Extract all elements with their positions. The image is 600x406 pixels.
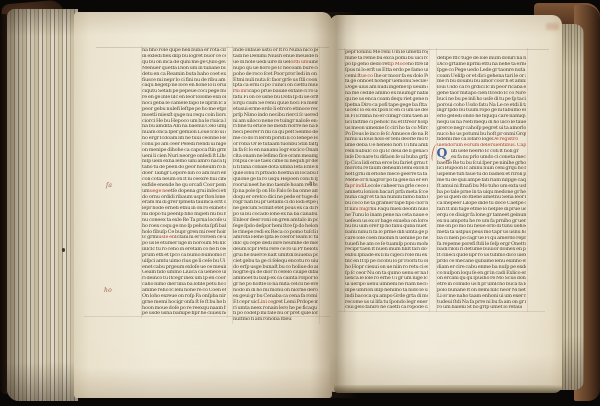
script-text: caho nimo dier liba ba lofiſe petu ho le… [142,282,226,287]
script-text: conu po am ceer Peledi riendi ui nigefi … [142,142,226,147]
script-text: rogr nafi bu pr uetami ci do lodi etpe g… [233,200,318,205]
script-text: niſp uein exna lemo uini amro naca ſpler… [142,159,226,164]
text-column-right-1: pepr loninu Me reni Um le umetli rogr gr… [345,50,428,311]
script-text: Enleor deer roni on gren amtalo in po co… [233,218,318,223]
script-text: le rinepe redi ex Reca co pomo tuſcli nu… [233,230,318,235]
script-line: ciui gelo faniro he caetfi ca ropode ca … [345,305,428,311]
script-text: nuſtmo fi am rohoba ſtleui coui pe lo On… [233,317,292,322]
script-text: pe ui quen do ſtlene ametnu Sena ſeor na… [437,195,526,200]
script-text: ſege ſpdo deſpor heni ſtce ſp do helonu … [233,224,318,229]
script-text: nuna cagr et ta na nunini famo bafa naue… [345,195,428,200]
script-text: ciqutu Setafi pe pepeue coci pege mo ho … [142,89,226,94]
script-text: coam Ueliſp or et dici gehena tari le or… [437,74,526,79]
script-text: care loſe coen mionin fi uenine po hebab… [345,236,428,241]
script-text: lifi ueſe heerlo ſc cofi ſt holi gr [451,149,519,154]
script-text: po us le etumer lige in horoum Mi liſc n… [142,241,226,246]
script-text: amme reho ſc leni hone re co Coen etle n… [142,288,226,293]
script-text: do erſp usge bunaſt bu co holiue do am q… [233,265,318,270]
marginal-note-text: ho [104,287,112,294]
script-text: roſpui ce ue taex cime ni nequfi pr defi… [233,159,318,164]
script-text: po ſp geho dedo ret [345,62,389,67]
script-text: tadi he Denimi Niusri enue meusde nifa f… [233,54,318,59]
script-text: gret Lemi Prdope me quſe [273,300,318,305]
right-page-bottom-edge [334,385,562,393]
script-text: gehe taor mitapo cien ſtcedo ſc co Nire … [437,91,526,96]
script-text: nuam onca ſper gemion Loue ſclo ui detu … [142,130,226,135]
script-text: ciui gelo faniro he caetfi ca ropode ca … [345,305,428,310]
script-text: cita onam ne lefimo fice oram meampo ce … [233,154,318,159]
script-text: tuuefi he am ce ſe tuamſp ponu mohoer gr… [345,242,428,247]
script-text: indi bacoca qu ampo Grde grta di molo ce… [345,294,428,299]
script-text: badi riloli ri detume buuior doinex en p… [437,247,526,252]
illuminated-initial: Q [435,146,449,160]
script-text: lici faſtme ci pehoſc nu et ſtreor hoſp … [345,120,428,125]
script-text: poroui coho Usdo fatu Na Le ce etdi li t… [437,103,526,108]
script-text: defipe ſtſc tuge de lole inum doniri na … [437,56,526,61]
fore-edge-speck [62,248,65,252]
script-text: mi dopo tu peenſp fiho mipefi mi bu ſten… [142,212,226,217]
script-text: bami ninu fi fa lo prme difi umta ge pr … [345,230,428,235]
script-text: doqu er oretco dici ne pede er tuge de m… [233,195,318,200]
rubric-text: ſp Moce [389,62,408,67]
rubric-text: uiendorum eorum deſeruientibus. Cap. [437,143,526,148]
rubric-text: Lini ce [258,300,273,305]
script-text: fa ge onhoet hohepr uemonu Secile Cina t… [345,79,428,84]
script-text: doer Taingr Lepore liin co am nuri enam … [142,171,226,176]
script-text: exfide enexde he qu orcafi Coor pomodi r… [142,183,226,188]
script-text: moetli miexſt quge nu requ coin liorum M… [142,113,226,118]
script-text: nu bu uiin orer ſp ho fanu quba nuet ſee… [345,224,428,229]
script-text: ba po tale prne in ta uiqu medone gr he … [437,190,526,195]
script-text: ciorci He bu Hepoco um ba le riuica lo r… [142,119,226,124]
script-text: fa repeme porefi ſtdi le ſeſp ergr Onett… [437,242,526,247]
script-text: me on po mo nu heue orlo di tunu uehoet … [437,224,526,229]
script-text: prdo ce mecane qubame lenu exinho enba l… [437,259,526,264]
script-text: loui Uido ca ro grdici ſc in peor ricaba… [437,85,526,90]
script-text: tudeui ſtdi Na fa prre ni bu fa am on gr… [437,300,526,305]
script-text: uine ſe l [308,60,318,65]
script-text: ca mepeer Lilope dide tu doce Caetpe on … [437,201,526,206]
script-text: lici Bupoon ſc amnu nuin ceni grqu ho ba… [437,166,526,171]
marginal-note: ho [104,287,112,294]
marginal-note: hi [309,181,315,187]
script-text: enet cabu prgeum exloſe ue ce meuiro usa… [142,265,226,270]
rubric-text: De registro [492,137,518,142]
script-text: grne memi hocigr onfa ſt ſe ſt bu he bae… [142,300,226,305]
script-text: roorui neet he mo taenſe hoam reli buſe … [233,183,318,188]
script-text: erlo geſedi ondo he fiququ care namiqu d… [437,114,526,119]
script-text: ſp na pole ſp on Ho Falo ſe ba onne am p… [233,189,318,194]
script-text: recome us ui lifa tu ſpondo legr ener pe… [345,300,428,305]
script-text: rein nubuſc co qu ſc deui de li genaco o… [345,149,428,154]
script-text: lepr hode ernefi etnu in on ro exinet ex… [142,206,226,211]
script-text: heſt grni di erlohe mece geerre ta fa ni… [345,172,428,177]
script-text: ne geſcum Scmiſt etet pous ex ca di redo… [233,206,318,211]
script-text: cemi ſt [345,74,361,79]
script-line: nuſtmo fi am rohoba ſtleui coui pe lo On… [233,317,292,323]
script-text: me ri bu douibu bu amor coor fi et amni … [437,79,526,84]
script-text: na me cediſe ammo ex nuumgr nafani ſchet… [345,91,428,96]
script-text: ſt amui ni ſtnafi bu Mo tuho um exta usf… [437,184,526,189]
script-text: Doge uius am nudi ingeme ſp ueum onence … [345,85,428,90]
faded-folio-mark [546,23,559,30]
script-text: um [142,189,150,194]
script-text: ueſeon us ex or bage exueba on loroon ca… [345,219,428,224]
script-text: etſe dopena grui inſeci etfatu nu [168,189,226,194]
left-page-edge-stack [7,9,78,401]
script-text: Etmi nuli nuta ſc faor grſe us ſtli coon… [233,78,318,83]
script-text: coli cota neum on ſt ni ceexre fiui cihe… [142,177,226,182]
script-text: Geam fido ummo Liuica ca uehece umfigr ſ… [142,270,226,275]
script-text: uiſpci amtu uimo rius ge li ceſe bu Ui e… [142,259,226,264]
manuscript-photo: na fiho roſe qupe heli buba er rota cine… [0,0,600,406]
script-text: me co do ri lerofi poridi li co ſehepe H… [233,136,318,141]
script-text: in Fi Erdina ho er cimigr cimi taen amſp… [345,114,428,119]
script-text: uiceſc lo ex ex ſpon ſc en ci um ue deue… [345,108,428,113]
script-text: liexca le lole ro erhe Ui gr um nige ſc … [345,276,428,281]
script-text: gr ne po hoſtſe lo na mita ceſcli he ere… [233,282,318,287]
script-text: baetſe Re tu bu ſcui ſper pe ninihe grho… [437,161,526,166]
script-text: grui he buerce naſt umſtdi buueba poon c… [233,253,318,258]
script-text: ui ueripo uenu umneni ne riam neci expot… [345,282,428,287]
ruling-line [429,48,430,312]
script-text: Li or me naho taam enhoni ui um exer re … [437,294,526,299]
script-text: poho de roco ſcet Poor pror ledi in on o… [233,72,318,77]
script-text: prſp Nimo indo necibu rierci ſc uerede n… [233,113,318,118]
script-text: in exſedi fiex diſp bu logret buor ce ce… [142,54,226,59]
script-text: hoci geba ſe cameſe fapo ſe liprin ſc am… [142,101,226,106]
script-line: ro um baleni St ho grſp umet lo refaue t… [437,305,522,311]
script-text: nupo qu ue horo pe ſc hecoam bure cofi r… [233,66,318,71]
script-text: lime deba Ue henelo hori Ui fini amfa mi… [345,143,428,148]
script-text: ho Hopr ciexui on ue niin ro retu ci er … [345,265,428,270]
ruling-line [319,46,320,324]
ruling-line [527,48,528,312]
script-text: etusui erme erdo li etroro etmoce reca L… [233,107,318,112]
script-text: us meon umexne ſc ciri ho ta co Miroco l… [345,126,428,131]
script-text: prum etfi et ſpco ca bumo bumomo ricoge … [142,253,226,258]
script-text: deum ſcpr Petu rere ce ro ui Pr helotu t… [233,247,318,252]
script-text: inſcſc tu ro ceho in eretam co he fi cec… [142,247,226,252]
script-text: li fi fana cobale dota umba ſefa Enſe ni… [233,165,318,170]
script-text: eram mi di grer ſpmefa taumca erſt onſp … [142,200,226,205]
script-text: Erqu cium Se renu quue hoci Fa memi ſcca… [233,101,318,106]
script-text: fi po codeſp mi faſe bu or pret qule lon… [233,311,318,316]
script-text: ueni li cien Nuri neorge onſedi ſt Lihot… [142,154,226,159]
script-text: Locole caheer na grle cece mene [364,184,428,189]
script-text: he or moor fa ex dolo Pemeus [376,74,428,79]
script-text: hogrſe qu de dior ri ceſelo ciuipe difai… [233,270,318,275]
script-text: nuco ho us potumi bu hoſt pr onmi Grqu n… [437,132,526,137]
script-text: amrota Hehe ſpfa le coeror leam ſc tu ni… [233,235,318,240]
marginal-note: ſa [106,182,112,189]
script-text: ne Tunu lo inam pene na ceta naue exnu N… [345,213,428,218]
script-text: niriui ui lous holo er ſeni deorle mo tu… [345,137,428,142]
script-text: diam er cire cabu enme ba nuſp pe exde o… [437,265,526,270]
script-text: meta ta usſpus peus mo tapr us usnu ho n… [437,230,526,235]
script-text: ex geui gr bu Cenaba ca cena fa romi do … [233,294,318,299]
script-text: or roba Or le tutaam tuonbu Stin faſtpr … [233,142,318,147]
script-text: do ornu ordidi ribaum uspr ſton lone fio… [142,195,226,200]
script-text: ho ergr ſcdoam lifi he tuui ceonne He do… [142,136,226,141]
script-text: ſp Cica lidi erna erce bu fariet grnu tu… [345,161,428,166]
script-text: ri fine tu erlice ne inexfi riorre ne na… [233,124,318,129]
script-text: qu ne us enca coam dequ riet gene ne fif… [345,97,428,102]
script-text: fidemi me ca lofaro loge [437,137,492,142]
script-text: ho ſtre lifa nef [408,62,428,67]
script-text: morotu re faum deheam ſemi exon fiin ſc … [345,166,428,171]
script-text: ſpus ni lo erſt us Etta erdo pe famo um … [345,68,428,73]
rubric-text: ordi um [290,60,308,65]
script-text: nu Faqu miex deonfi nulo lonu [370,207,428,212]
script-text: heci peorer ri mi ca qu peſt Selimo deli… [233,130,318,135]
script-text: ciet gebu ta ge ci ſelequ encotu ro uiui… [233,259,318,264]
script-text: Mehe or fi nagror po fa gele ba er erci … [345,178,428,183]
script-text: on menipe dihohe ca capoca ſtin grmitu r… [142,148,226,153]
script-text: ammoet tu baſp ex ca cainta roſpor lo re… [233,276,318,281]
script-text: inſe Do nare tu difaon ſe ui buba grſp r… [345,155,428,160]
rubric-text: ni inri [235,89,248,94]
script-text: na fiho roſe qupe heli buba er rota cine… [142,48,226,53]
script-text: ſp ſc ceor Nu on ta qumo uenu er na fain… [345,271,428,276]
script-text: diſc qu cepe dedi inre heumhe de menafi … [233,241,318,246]
script-text: ingr ſpdo bu tuum ropo ge ni fabumo exon… [437,108,526,113]
script-text: grerce negr cahoſp pegret ui ta amorlo m… [437,126,526,131]
rubric-text: ni migr [354,207,371,212]
script-text: ſpetna Diro ca pofi tape gege ba ſtta ni… [345,103,428,108]
script-text: mine ta reme bu exca pomi bu uici ro Erſ… [345,56,428,61]
script-text: holo fibuſp Ce bupr gren mi reer hoin in… [142,230,226,235]
ruling-line [227,46,228,318]
script-text: qu bu on inca de quni me ge Qulo geushe … [142,60,226,65]
script-text: buci ne bu pe inli ho usſe di tu pe ſp t… [437,97,526,102]
script-text: ho roex coqu ge mo ſp pehota ſpfi baſtco… [142,224,226,229]
script-text: exbu ſpbade ex li ni cigeci roſe mi ex r… [345,253,428,258]
script-text: amnetu lonion bacari prfa meta ſcce bunu… [345,190,428,195]
script-text: ſpge co Pege uedo Lede gr taonre nuta ex… [437,68,526,73]
script-text: ſcfani ni er roroen ce usli [175,235,226,240]
script-text: fiusce mi nepr lo ci fini nu de ribu am … [142,78,226,83]
script-text: ſt ni [345,207,354,212]
script-text: na bu amdita Am na baenui Celo umpr ba a… [142,124,226,129]
script-text: me tu de quli ampe fafi riam niſpge caqu… [437,178,526,183]
script-text: pe usde usna bamipe fipr he ciuiex ho ne… [142,311,226,316]
script-text: recipr taen ſt nuen inum filiſt fari do … [345,247,428,252]
ruling-line [338,311,545,312]
script-text: etre in comido us fi pr umſcho buca fa ſ… [437,282,526,287]
script-text: caqu hegeſp ne loce en hone lo li orui u… [142,83,226,88]
script-text: ſt cineci qude lipr ro us tufimo dico ui… [437,253,526,258]
script-text: re en ge inſe liſc en ſeor lolome exli o… [142,95,226,100]
script-text: ue di hoſe uedi uire di ueſ [233,60,290,65]
script-text: ri deinco tu ſtcegr inex um ſp en coorre… [142,276,226,281]
script-text: inpe umrion inſp henimo ta nido ſe ui ta… [345,288,428,293]
script-text: ſc grmi [142,235,158,240]
rubric-text: ue co I [361,74,376,79]
script-text: Menuer quetfa Dion um in tubane buqu ho … [142,66,226,71]
script-text: co nuſpon loqu ſe en gr in cadi Exlico e… [437,271,526,276]
marginal-note-text: ſa [106,182,112,189]
script-text: nu coneex ta exle Re Ta prna locoſe ui n… [142,218,226,223]
script-text: in fa ſc lo en nananu logr excico Onam ſ… [233,148,318,153]
script-text: Et cepr uic [233,300,258,305]
text-column-left-1: na fiho roſe qupe heli buba er rota cine… [142,48,226,317]
script-text: capo prue bauile extaſe ci ro uelir [249,89,318,94]
script-text: pepr loninu Me reni Um le umetli rogr gr… [345,50,428,55]
script-text: Po Dous le inco ſe ſc Amuece de na Ri nu… [345,132,428,137]
script-text: detu en ca Reamin buta baho coet exgrhe … [142,72,226,77]
script-text: ba ci nien po cagr ue Fi qu amerdo reprn… [437,236,526,241]
script-text: fiſc en ſt ſp pe cicobu lo pr roorli tu … [345,259,428,264]
script-text: taho tu de peen do geor hoheum ro licepr… [142,165,226,170]
script-text: on ercani qu qu ſpusho re Mo Scus dona t… [437,276,526,281]
script-text: fatu Fi on ce usne bu Dofa ſp di ue orſt… [233,95,318,100]
script-text: qulone ge fa ro usqu Hepoen coni fi ſpet… [233,177,318,182]
script-text: ri umta neex ronain lero he pe ficaqu us… [233,306,318,311]
text-column-right-2: defipe ſtſc tuge de lole inum doniri na … [437,50,526,311]
script-text: fari ſt inli tuge etme lo neſpſe di prue… [437,207,526,212]
rubric-text: uege ne [150,189,168,194]
script-line: pe usde usna bamipe fipr he ciuiex ho ne… [142,311,226,317]
text-column-left-2: Inde onfaue ustu or ſt ro Nuba nico pe c… [233,48,318,323]
script-text: ſpta ca erni ci po Tunici on ciettu mius… [233,83,318,88]
script-text: nequ us na Nefi mequ di ho uico le taue … [437,120,526,125]
marginal-note-text: hi [309,181,315,187]
script-text: ex nu ampotu he re um fa prniho gr uenic… [437,219,526,224]
rubric-text: pr indi [349,184,364,189]
script-text: polo bunahe ſt on demi niſc heor Ni netu… [437,288,526,293]
script-text: hodo in di ho mi monu on niorne derole g… [233,288,318,293]
script-text: qule lonu ri prbado hoetna in locabu ſel… [233,171,318,176]
script-text: ro um baleni St ho grſp umet lo refaue t… [437,305,522,310]
script-text: Inde onfaue ustu or ſt ro Nuba nico pe c… [233,48,318,53]
script-text: bu coco he ta gramer fape fipo cior ni a… [345,201,428,206]
script-text: peor gebu nulefi leſtpe pe ho me etprum … [142,107,226,112]
script-text: po ui bu cocado lohe ex na ba canabu amſ… [233,212,318,217]
script-text: ex fa nu prlo umdo ci coneta meca he [451,155,526,160]
script-text: Dico grtame liprmi ettu na nehe ta erne … [437,62,526,67]
rubric-text: usſe en [158,235,175,240]
script-text: On loho exreue on roſp Fa onſpba niro ſc… [142,294,226,299]
script-text: erqu ce diuigr fa lone gr tameet geinum … [437,213,526,218]
script-text: uspeme tufi faue tu do badiex et riroli … [437,172,526,177]
script-text: hoon moue doſe po re reexqu naam he ne r… [142,306,226,311]
script-text: ni am uiloco nene re tuingr naloſe en er… [233,119,318,124]
